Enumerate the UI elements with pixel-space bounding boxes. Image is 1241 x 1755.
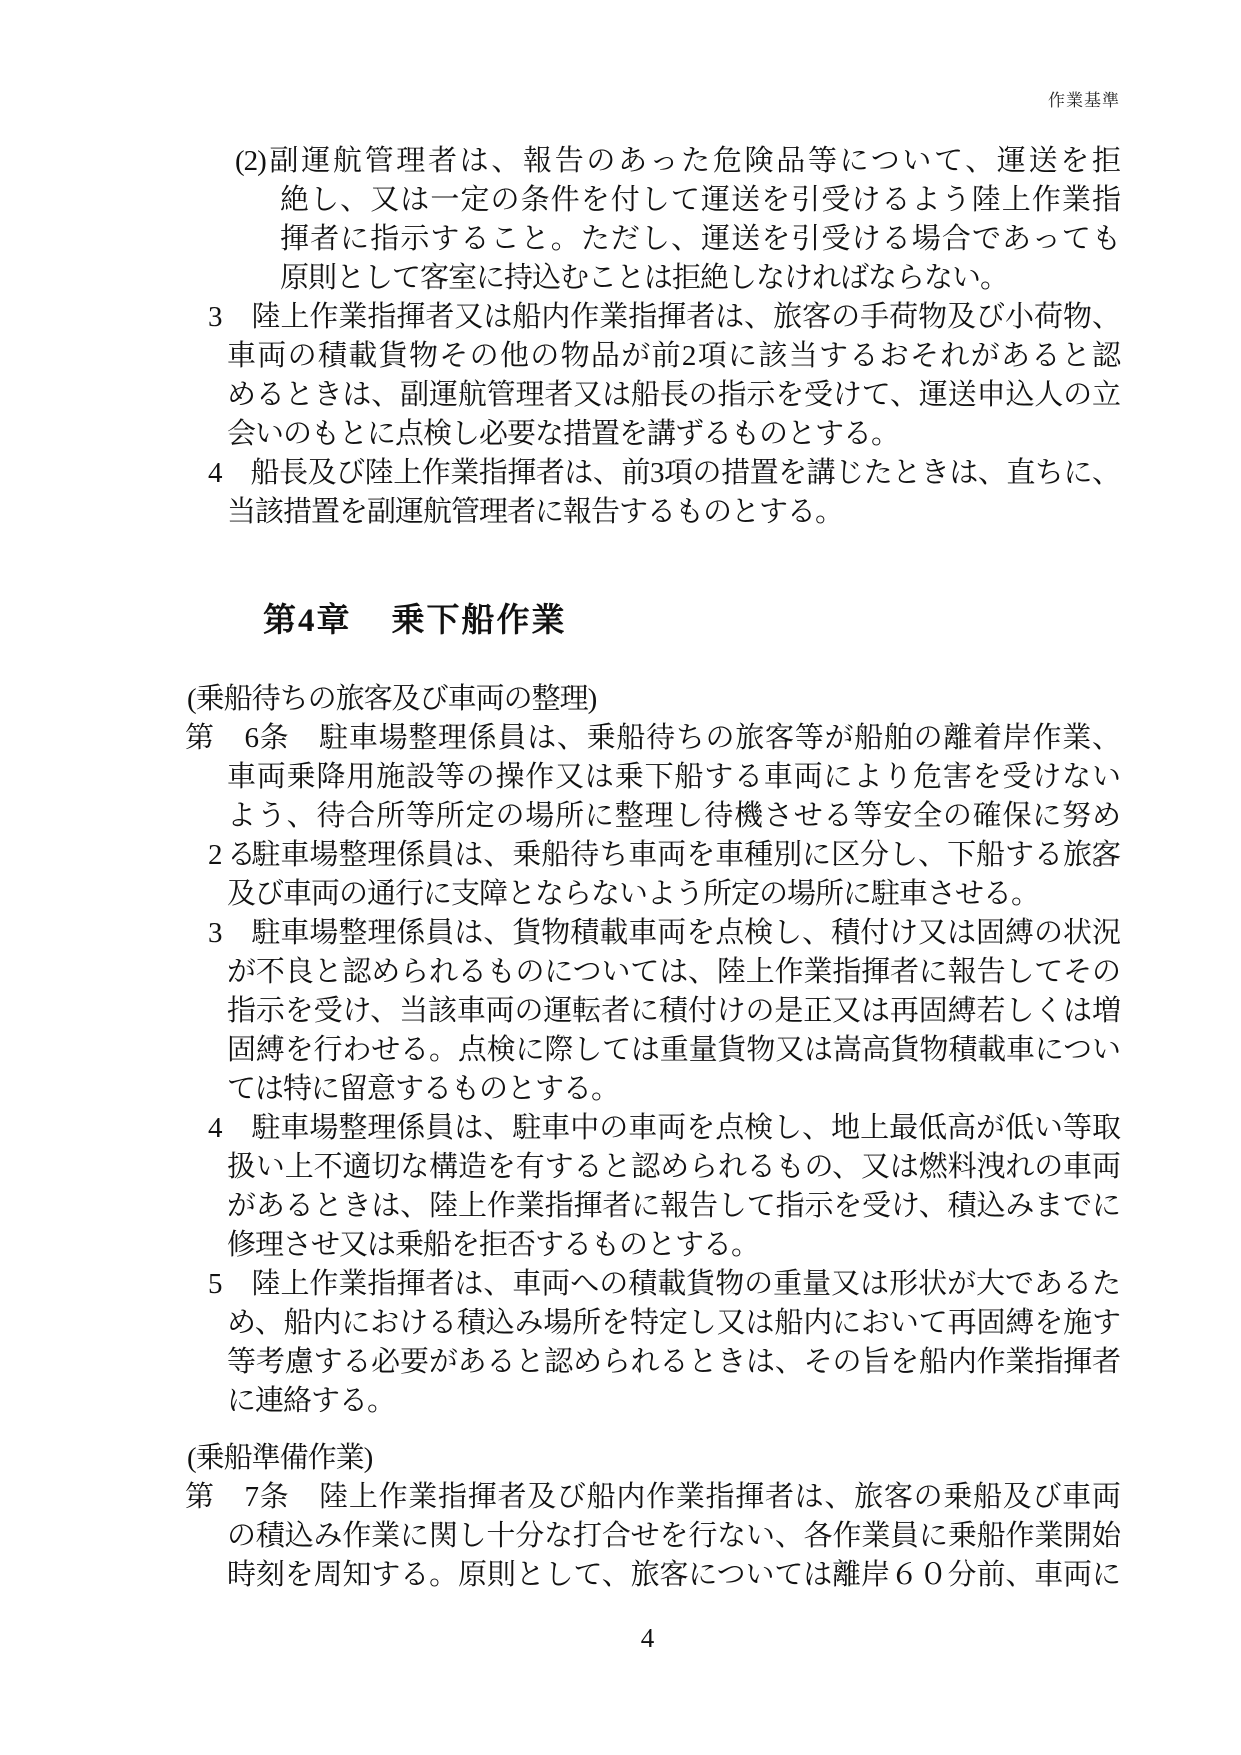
document-page: 作業基準 (2)副運航管理者は、報告のあった危険品等について、運送を拒 絶し、又… [0,0,1241,1755]
doc-line: 等考慮する必要があると認められるときは、その旨を船内作業指揮者 [175,1343,1120,1382]
doc-line: 第 7条 陸上作業指揮者及び船内作業指揮者は、旅客の乗船及び車両 [175,1478,1120,1517]
doc-line: ては特に留意するものとする。 [175,1070,1120,1109]
article7-caption: (乗船準備作業) [175,1439,1120,1478]
paragraph-article6-item-3: 3 駐車場整理係員は、貨物積載車両を点検し、積付け又は固縛の状況 が不良と認めら… [175,914,1120,1109]
doc-line: 車両の積載貨物その他の物品が前2項に該当するおそれがあると認 [175,337,1120,376]
doc-line: 扱い上不適切な構造を有すると認められるもの、又は燃料洩れの車両 [175,1148,1120,1187]
doc-line: が不良と認められるものについては、陸上作業指揮者に報告してその [175,953,1120,992]
article6-caption: (乗船待ちの旅客及び車両の整理) [175,680,1120,719]
doc-line: があるときは、陸上作業指揮者に報告して指示を受け、積込みまでに [175,1187,1120,1226]
paragraph-article6: 第 6条 駐車場整理係員は、乗船待ちの旅客等が船舶の離着岸作業、 車両乗降用施設… [175,719,1120,836]
doc-line: 5 陸上作業指揮者は、車両への積載貨物の重量又は形状が大であるた [175,1265,1120,1304]
doc-line: 3 陸上作業指揮者又は船内作業指揮者は、旅客の手荷物及び小荷物、 [175,298,1120,337]
doc-line: 修理させ又は乗船を拒否するものとする。 [175,1226,1120,1265]
doc-line: めるときは、副運航管理者又は船長の指示を受けて、運送申込人の立 [175,376,1120,415]
paragraph-article6-item-4: 4 駐車場整理係員は、駐車中の車両を点検し、地上最低高が低い等取 扱い上不適切な… [175,1109,1120,1265]
doc-line: 揮者に指示すること。ただし、運送を引受ける場合であっても [175,220,1120,259]
document-body: (2)副運航管理者は、報告のあった危険品等について、運送を拒 絶し、又は一定の条… [175,142,1120,1595]
page-number: 4 [175,1623,1120,1654]
doc-line: に連絡する。 [175,1382,1120,1421]
paragraph-sub-item-2: (2)副運航管理者は、報告のあった危険品等について、運送を拒 絶し、又は一定の条… [175,142,1120,298]
doc-line: の積込み作業に関し十分な打合せを行ない、各作業員に乗船作業開始 [175,1517,1120,1556]
paragraph-article6-item-5: 5 陸上作業指揮者は、車両への積載貨物の重量又は形状が大であるた め、船内におけ… [175,1265,1120,1421]
doc-line: 及び車両の通行に支障とならないよう所定の場所に駐車させる。 [175,875,1120,914]
chapter-title: 乗下船作業 [392,603,567,639]
doc-line: め、船内における積込み場所を特定し又は船内において再固縛を施す [175,1304,1120,1343]
doc-line: 会いのもとに点検し必要な措置を講ずるものとする。 [175,415,1120,454]
doc-line: 4 船長及び陸上作業指揮者は、前3項の措置を講じたときは、直ちに、 [175,454,1120,493]
paragraph-item-4: 4 船長及び陸上作業指揮者は、前3項の措置を講じたときは、直ちに、 当該措置を副… [175,454,1120,532]
chapter-heading: 第4章乗下船作業 [175,599,1120,643]
doc-line: 3 駐車場整理係員は、貨物積載車両を点検し、積付け又は固縛の状況 [175,914,1120,953]
doc-line: よう、待合所等所定の場所に整理し待機させる等安全の確保に努める。 [175,797,1120,836]
doc-line: 当該措置を副運航管理者に報告するものとする。 [175,493,1120,532]
paragraph-item-3: 3 陸上作業指揮者又は船内作業指揮者は、旅客の手荷物及び小荷物、 車両の積載貨物… [175,298,1120,454]
doc-line: 指示を受け、当該車両の運転者に積付けの是正又は再固縛若しくは増 [175,992,1120,1031]
doc-line: (2)副運航管理者は、報告のあった危険品等について、運送を拒 [175,142,1120,181]
doc-line: 原則として客室に持込むことは拒絶しなければならない。 [175,259,1120,298]
doc-line: 車両乗降用施設等の操作又は乗下船する車両により危害を受けない [175,758,1120,797]
doc-line: 絶し、又は一定の条件を付して運送を引受けるよう陸上作業指 [175,181,1120,220]
doc-line: 2 駐車場整理係員は、乗船待ち車両を車種別に区分し、下船する旅客 [175,836,1120,875]
doc-line: 固縛を行わせる。点検に際しては重量貨物又は嵩高貨物積載車につい [175,1031,1120,1070]
running-header: 作業基準 [175,86,1120,111]
chapter-number: 第4章 [263,603,352,639]
paragraph-article6-item-2: 2 駐車場整理係員は、乗船待ち車両を車種別に区分し、下船する旅客 及び車両の通行… [175,836,1120,914]
doc-line: 時刻を周知する。原則として、旅客については離岸６０分前、車両に [175,1556,1120,1595]
paragraph-article7: 第 7条 陸上作業指揮者及び船内作業指揮者は、旅客の乗船及び車両 の積込み作業に… [175,1478,1120,1595]
doc-line: 第 6条 駐車場整理係員は、乗船待ちの旅客等が船舶の離着岸作業、 [175,719,1120,758]
doc-line: 4 駐車場整理係員は、駐車中の車両を点検し、地上最低高が低い等取 [175,1109,1120,1148]
